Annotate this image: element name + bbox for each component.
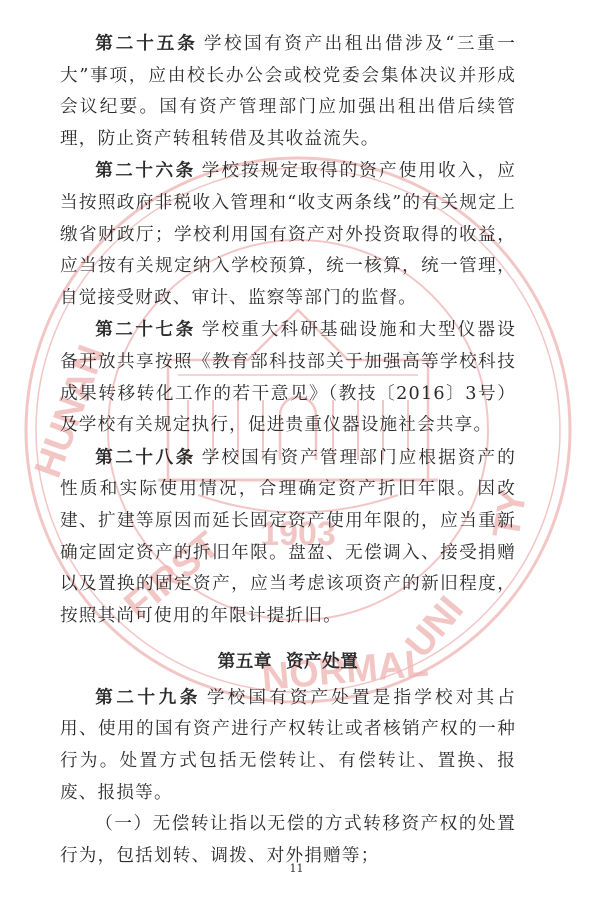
article-25: 第二十五条学校国有资产出租出借涉及“三重一大”事项，应由校长办公会或校党委会集体… (60, 28, 516, 155)
article-29: 第二十九条学校国有资产处置是指学校对其占用、使用的国有资产进行产权转让或者核销产… (60, 682, 516, 809)
article-heading: 第二十八条 (95, 447, 196, 468)
article-text: 学校国有资产管理部门应根据资产的性质和实际使用情况，合理确定资产折旧年限。因改建… (60, 448, 516, 626)
chapter-heading: 第五章资产处置 (60, 646, 516, 678)
article-heading: 第二十五条 (95, 33, 198, 54)
document-page: 第二十五条学校国有资产出租出借涉及“三重一大”事项，应由校长办公会或校党委会集体… (60, 28, 516, 872)
page-number: 11 (0, 862, 593, 875)
chapter-number: 第五章 (218, 651, 272, 672)
article-heading: 第二十九条 (95, 687, 201, 708)
article-28: 第二十八条学校国有资产管理部门应根据资产的性质和实际使用情况，合理确定资产折旧年… (60, 442, 516, 633)
chapter-title: 资产处置 (286, 651, 358, 672)
article-text: 学校按规定取得的资产使用收入，应当按照政府非税收入管理和“收支两条线”的有关规定… (60, 161, 516, 307)
article-heading: 第二十七条 (95, 319, 196, 340)
article-heading: 第二十六条 (95, 160, 196, 181)
article-27: 第二十七条学校重大科研基础设施和大型仪器设备开放共享按照《教育部科技部关于加强高… (60, 314, 516, 441)
article-26: 第二十六条学校按规定取得的资产使用收入，应当按照政府非税收入管理和“收支两条线”… (60, 155, 516, 314)
list-item-text: （一）无偿转让指以无偿的方式转移资产权的处置行为，包括划转、调拨、对外捐赠等； (60, 814, 516, 866)
